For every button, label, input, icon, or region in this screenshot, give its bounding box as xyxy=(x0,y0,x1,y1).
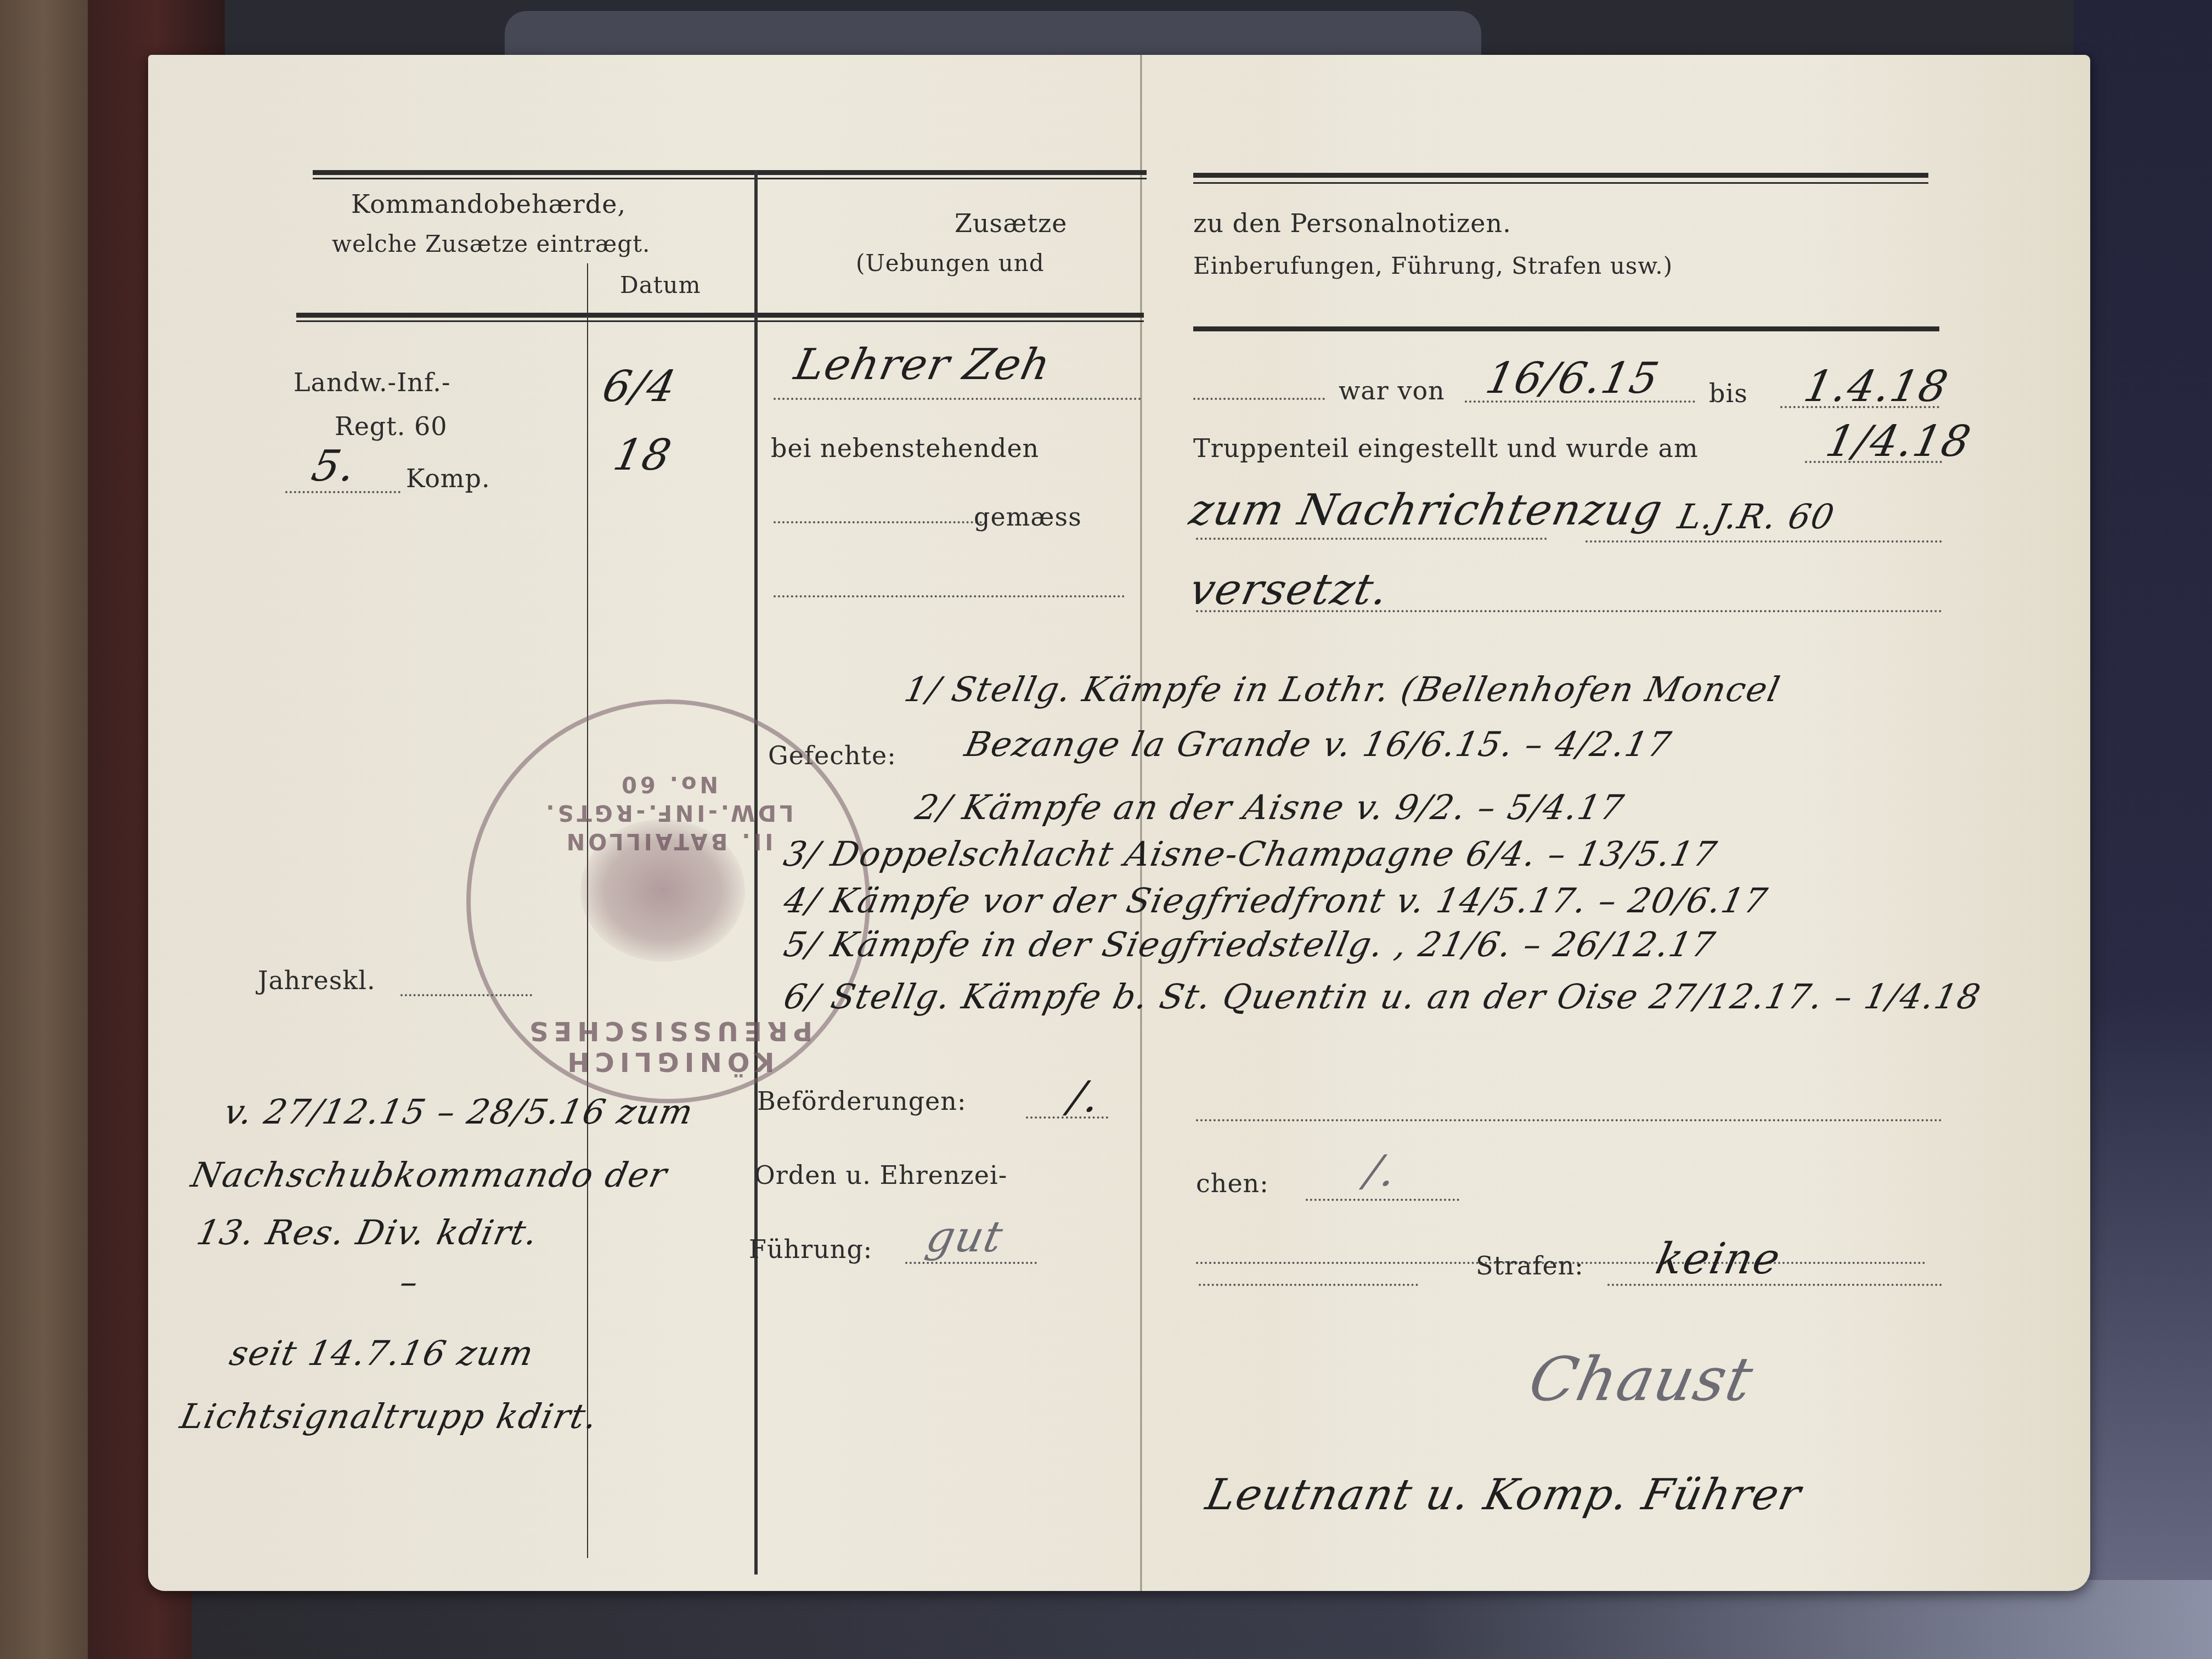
strafen-label: Strafen: xyxy=(1476,1251,1584,1280)
header-bottom-rule-left xyxy=(296,313,1144,318)
military-pass-document: Kommandobehærde, welche Zusætze eintrægt… xyxy=(148,55,2090,1591)
header-einberufungen: Einberufungen, Führung, Strafen usw.) xyxy=(1193,252,1673,279)
komp-number: 5. xyxy=(307,442,361,491)
bis-label: bis xyxy=(1709,379,1748,408)
orden-value: /. xyxy=(1361,1147,1401,1196)
note-line-4: – xyxy=(396,1262,423,1302)
battle-6: 6/ Stellg. Kämpfe b. St. Quentin u. an d… xyxy=(780,977,1985,1017)
strafen-dotted-line xyxy=(1607,1284,1942,1286)
battle-5: 5/ Kämpfe in der Siegfriedstellg. , 21/6… xyxy=(780,924,1719,964)
transfer-dotted-line-1 xyxy=(1196,538,1547,540)
header-top-rule-right-thin xyxy=(1193,182,1928,184)
transfer-line-1: zum Nachrichtenzug xyxy=(1185,486,1667,535)
header-zusaetze: Zusætze xyxy=(955,208,1067,238)
name-dotted-line xyxy=(774,398,1141,400)
fuehrung-value: gut xyxy=(922,1212,1008,1262)
name-handwritten: Lehrer Zeh xyxy=(790,340,1055,390)
battle-1-cont: Bezange la Grande v. 16/6.15. – 4/2.17 xyxy=(961,724,1675,764)
befoerderungen-label: Beförderungen: xyxy=(757,1086,966,1116)
note-line-5: seit 14.7.16 zum xyxy=(226,1333,538,1373)
war-von-label: war von xyxy=(1339,376,1445,405)
unit-landwehr: Landw.-Inf.- xyxy=(294,368,450,397)
header-uebungen: (Uebungen und xyxy=(856,250,1045,276)
komp-dotted-line xyxy=(285,491,400,493)
truppenteil-label: Truppenteil eingestellt und wurde am xyxy=(1193,433,1699,463)
note-line-2: Nachschubkommando der xyxy=(188,1155,672,1195)
stamp-line-3: No. 60 xyxy=(471,770,866,798)
note-line-1: v. 27/12.15 – 28/5.16 zum xyxy=(221,1092,697,1132)
commander-signature: Chaust xyxy=(1523,1344,1759,1414)
header-top-rule-left xyxy=(313,170,1147,175)
war-von-dotted-line xyxy=(1193,398,1325,400)
unit-komp-label: Komp. xyxy=(406,464,490,493)
background-right xyxy=(2074,0,2212,1659)
gemaess-label: gemæss xyxy=(974,502,1082,532)
unit-regiment: Regt. 60 xyxy=(335,411,448,441)
bei-nebenstehenden-label: bei nebenstehenden xyxy=(771,433,1039,463)
fuehrung-label: Führung: xyxy=(749,1234,872,1264)
battle-1: 1/ Stellg. Kämpfe in Lothr. (Bellenhofen… xyxy=(901,669,1784,709)
orden-suffix-label: chen: xyxy=(1196,1169,1269,1198)
befoerderungen-right-dotted-line xyxy=(1196,1119,1942,1121)
header-kommandobehoerde: Kommandobehærde, xyxy=(351,189,626,219)
bis-date: 1.4.18 xyxy=(1799,362,1953,411)
header-bottom-rule-left-thin xyxy=(296,320,1144,322)
jahresklasse-label: Jahreskl. xyxy=(258,966,376,995)
orden-dotted-line xyxy=(1306,1199,1459,1201)
gemaess-dotted-line xyxy=(774,521,982,523)
header-welche-zusaetze: welche Zusætze eintrægt. xyxy=(332,230,650,257)
datum-value-2: 18 xyxy=(609,431,676,480)
befoerderungen-value: /. xyxy=(1064,1073,1105,1122)
am-date: 1/4.18 xyxy=(1821,417,1976,466)
header-personalnotizen: zu den Personalnotizen. xyxy=(1193,208,1511,238)
note-line-3: 13. Res. Div. kdirt. xyxy=(193,1212,542,1252)
battle-3: 3/ Doppelschlacht Aisne-Champagne 6/4. –… xyxy=(780,834,1721,874)
fuehrung-dotted-line xyxy=(905,1262,1037,1264)
background-bottom xyxy=(192,1580,2212,1659)
header-bottom-rule-right xyxy=(1193,326,1939,331)
von-date: 16/6.15 xyxy=(1481,354,1663,403)
battle-4: 4/ Kämpfe vor der Siegfriedfront v. 14/5… xyxy=(780,881,1771,921)
orden-label: Orden u. Ehrenzei- xyxy=(754,1160,1007,1190)
header-top-rule-left-thin xyxy=(313,178,1147,179)
transfer-dotted-line-3 xyxy=(1196,610,1942,612)
transfer-unit: L.J.R. 60 xyxy=(1674,496,1838,537)
header-datum: Datum xyxy=(620,272,701,298)
jahresklasse-dotted-line xyxy=(400,994,532,996)
datum-value-1: 6/4 xyxy=(598,362,681,411)
am-date-dotted-line xyxy=(1805,461,1942,463)
note-line-6: Lichtsignaltrupp kdirt. xyxy=(177,1396,602,1436)
stamp-ring-text: KÖNIGLICH PREUSSISCHES xyxy=(471,1015,866,1077)
signature-title: Leutnant u. Komp. Führer xyxy=(1201,1470,1806,1520)
stamp-line-2: LDW.-INF.-RGTS. xyxy=(471,798,866,827)
strafen-left-dotted-line xyxy=(1199,1284,1418,1286)
battle-2: 2/ Kämpfe an der Aisne v. 9/2. – 5/4.17 xyxy=(912,787,1628,827)
strafen-value: keine xyxy=(1651,1234,1785,1284)
header-top-rule-right xyxy=(1193,173,1928,178)
blank-dotted-line xyxy=(774,595,1125,597)
transfer-line-2: versetzt. xyxy=(1185,565,1393,614)
transfer-dotted-line-2 xyxy=(1585,540,1942,543)
